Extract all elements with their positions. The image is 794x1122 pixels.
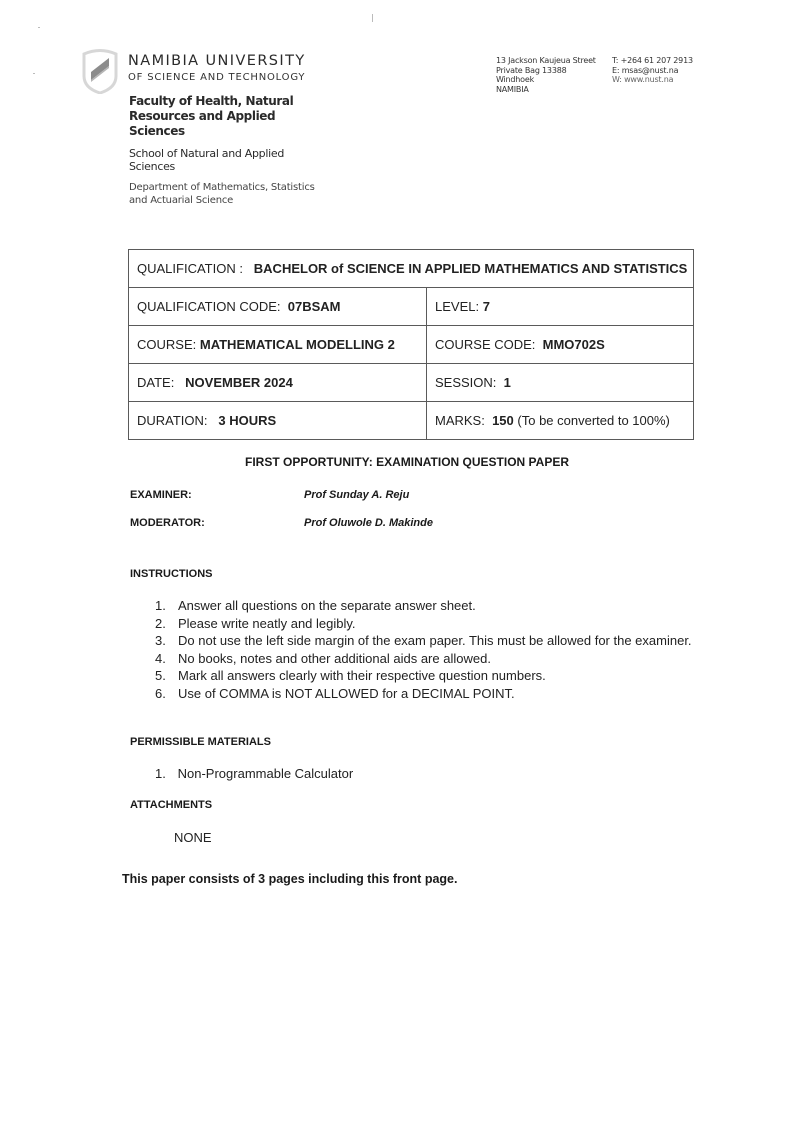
contact-website: W: www.nust.na <box>612 75 693 85</box>
university-name: NAMIBIA UNIVERSITY <box>128 53 306 69</box>
duration-label: DURATION: <box>137 413 208 428</box>
list-item-number: 2. <box>155 615 178 633</box>
list-item-text: Please write neatly and legibly. <box>178 615 695 633</box>
marks-value: 150 <box>492 413 514 428</box>
course-cell: COURSE: MATHEMATICAL MODELLING 2 <box>129 326 427 364</box>
marks-note: (To be converted to 100%) <box>517 413 669 428</box>
list-item: 6. Use of COMMA is NOT ALLOWED for a DEC… <box>155 685 695 703</box>
postal-address: 13 Jackson Kaujeua Street Private Bag 13… <box>496 56 596 94</box>
qualification-code-value: 07BSAM <box>288 299 341 314</box>
qualification-code-label: QUALIFICATION CODE: <box>137 299 281 314</box>
list-item-number: 6. <box>155 685 178 703</box>
examiner-name: Prof Sunday A. Reju <box>304 489 409 501</box>
examiner-label: EXAMINER: <box>130 489 192 501</box>
course-code-value: MMO702S <box>543 337 605 352</box>
list-item-text: Do not use the left side margin of the e… <box>178 632 695 650</box>
date-cell: DATE: NOVEMBER 2024 <box>129 364 427 402</box>
attachments-value: NONE <box>174 830 212 845</box>
list-item: 1. Non-Programmable Calculator <box>155 766 353 781</box>
qualification-value: BACHELOR of SCIENCE IN APPLIED MATHEMATI… <box>254 261 688 276</box>
level-label: LEVEL: <box>435 299 479 314</box>
course-value: MATHEMATICAL MODELLING 2 <box>200 337 395 352</box>
moderator-label: MODERATOR: <box>130 517 205 529</box>
list-item: 4. No books, notes and other additional … <box>155 650 695 668</box>
school-name: School of Natural and Applied Sciences <box>129 147 329 173</box>
attachments-title: ATTACHMENTS <box>130 799 212 811</box>
faculty-name: Faculty of Health, Natural Resources and… <box>129 94 329 139</box>
instructions-title: INSTRUCTIONS <box>130 568 213 580</box>
list-item-text: Use of COMMA is NOT ALLOWED for a DECIMA… <box>178 685 695 703</box>
page-count-note: This paper consists of 3 pages including… <box>122 872 457 886</box>
permissible-materials-title: PERMISSIBLE MATERIALS <box>130 736 271 748</box>
contact-phone: T: +264 61 207 2913 <box>612 56 693 66</box>
exam-info-table: QUALIFICATION : BACHELOR of SCIENCE IN A… <box>128 249 694 440</box>
list-item-number: 1. <box>155 597 178 615</box>
qualification-label: QUALIFICATION : <box>137 261 243 276</box>
contact-details: T: +264 61 207 2913 E: msas@nust.na W: w… <box>612 56 693 85</box>
course-label: COURSE: <box>137 337 196 352</box>
list-item-number: 5. <box>155 667 178 685</box>
list-item-text: Mark all answers clearly with their resp… <box>178 667 695 685</box>
duration-value: 3 HOURS <box>218 413 276 428</box>
qualification-code-cell: QUALIFICATION CODE: 07BSAM <box>129 288 427 326</box>
nust-logo-icon <box>78 46 122 94</box>
date-label: DATE: <box>137 375 174 390</box>
table-row: DURATION: 3 HOURS MARKS: 150 (To be conv… <box>129 402 694 440</box>
list-item-number: 3. <box>155 632 178 650</box>
list-item: 5. Mark all answers clearly with their r… <box>155 667 695 685</box>
level-value: 7 <box>483 299 490 314</box>
scan-speck <box>372 14 373 22</box>
table-row: COURSE: MATHEMATICAL MODELLING 2 COURSE … <box>129 326 694 364</box>
paper-title: FIRST OPPORTUNITY: EXAMINATION QUESTION … <box>0 455 794 469</box>
list-item-text: No books, notes and other additional aid… <box>178 650 695 668</box>
marks-cell: MARKS: 150 (To be converted to 100%) <box>427 402 694 440</box>
table-row: QUALIFICATION CODE: 07BSAM LEVEL: 7 <box>129 288 694 326</box>
scan-speck <box>38 27 40 28</box>
list-item: 2. Please write neatly and legibly. <box>155 615 695 633</box>
course-code-label: COURSE CODE: <box>435 337 535 352</box>
table-row: QUALIFICATION : BACHELOR of SCIENCE IN A… <box>129 250 694 288</box>
session-cell: SESSION: 1 <box>427 364 694 402</box>
level-cell: LEVEL: 7 <box>427 288 694 326</box>
list-item-text: Non-Programmable Calculator <box>178 766 354 781</box>
contact-email: E: msas@nust.na <box>612 66 693 76</box>
list-item: 3. Do not use the left side margin of th… <box>155 632 695 650</box>
table-row: DATE: NOVEMBER 2024 SESSION: 1 <box>129 364 694 402</box>
list-item-number: 1. <box>155 766 174 781</box>
session-label: SESSION: <box>435 375 496 390</box>
address-line: 13 Jackson Kaujeua Street <box>496 56 596 66</box>
qualification-cell: QUALIFICATION : BACHELOR of SCIENCE IN A… <box>129 250 694 288</box>
address-line: Windhoek <box>496 75 596 85</box>
session-value: 1 <box>504 375 511 390</box>
list-item-number: 4. <box>155 650 178 668</box>
list-item: 1. Answer all questions on the separate … <box>155 597 695 615</box>
course-code-cell: COURSE CODE: MMO702S <box>427 326 694 364</box>
department-name: Department of Mathematics, Statistics an… <box>129 182 329 207</box>
address-line: Private Bag 13388 <box>496 66 596 76</box>
university-subtitle: OF SCIENCE AND TECHNOLOGY <box>128 72 305 83</box>
moderator-name: Prof Oluwole D. Makinde <box>304 517 433 529</box>
address-line: NAMIBIA <box>496 85 596 95</box>
date-value: NOVEMBER 2024 <box>185 375 293 390</box>
duration-cell: DURATION: 3 HOURS <box>129 402 427 440</box>
scan-speck <box>33 73 35 74</box>
instructions-list: 1. Answer all questions on the separate … <box>155 597 695 702</box>
list-item-text: Answer all questions on the separate ans… <box>178 597 695 615</box>
marks-label: MARKS: <box>435 413 485 428</box>
